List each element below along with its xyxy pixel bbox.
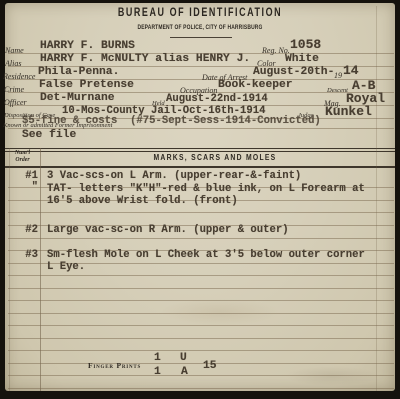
crime-field-label: Crime xyxy=(4,85,24,94)
photographed-identification-card: BUREAU OF IDENTIFICATION DEPARTMENT OF P… xyxy=(0,0,400,399)
officer-field-value: Det-Murnane xyxy=(40,92,115,104)
held-field-value: August-22nd-1914 xyxy=(166,93,268,105)
judge-field-value: Kunkel xyxy=(325,104,372,119)
mark-row-number: #3 xyxy=(22,249,38,261)
rule-line xyxy=(8,313,394,314)
fingerprint-numerator-letter: U xyxy=(180,352,187,364)
name-field-value: HARRY F. BURNS xyxy=(40,40,135,52)
fingerprint-denominator-letter: A xyxy=(181,366,188,378)
fingerprint-subclass-value: 15 xyxy=(203,360,217,372)
section-rule-below-title xyxy=(5,166,395,168)
rule-line xyxy=(8,275,394,276)
alias-field-value: HARRY F. McNULTY alias HENRY J. xyxy=(40,53,250,65)
date-of-arrest-field-value: August-20th- xyxy=(253,66,334,78)
residence-field-value: Phila-Penna. xyxy=(38,66,119,78)
rule-line xyxy=(8,338,394,339)
name-field-label: Name xyxy=(5,46,24,55)
fingerprint-denominator-digit: 1 xyxy=(154,366,161,378)
year-printed-prefix: 19 xyxy=(334,71,342,80)
department-subtitle: DEPARTMENT OF POLICE, CITY OF HARRISBURG xyxy=(48,24,352,31)
rule-line xyxy=(8,388,394,389)
mark-row-text: Large vac-sc-on R Arm. (upper & outer) xyxy=(47,224,289,236)
mark-row-text: L Eye. xyxy=(47,261,85,273)
color-field-value: White xyxy=(285,53,319,65)
right-margin-line xyxy=(376,6,377,391)
marks-section-title: MARKS, SCARS AND MOLES xyxy=(66,153,364,162)
header-divider-line xyxy=(170,37,232,38)
numl-order-column-header: Num'l Order xyxy=(5,150,40,163)
former-imprisonment-field-value: See file xyxy=(22,129,76,141)
mark-row-text: Sm-flesh Mole on L Cheek at 3'5 below ou… xyxy=(47,249,365,261)
crime-field-value: False Pretense xyxy=(39,79,134,91)
rule-line xyxy=(8,238,394,239)
officer-field-label: Officer xyxy=(4,98,27,107)
mark-row-ditto: " xyxy=(22,181,38,193)
mark-row-text: 3 Vac-scs-on L Arm. (upper-rear-&-faint) xyxy=(47,170,301,182)
rule-line xyxy=(8,363,394,364)
rule-line xyxy=(8,300,394,301)
rule-line xyxy=(8,288,394,289)
left-margin-line xyxy=(9,148,10,391)
mark-row-text: TAT- letters "K"H"-red & blue ink, on L … xyxy=(47,183,365,195)
rule-line xyxy=(8,350,394,351)
fingerprint-numerator-digit: 1 xyxy=(154,352,161,364)
rule-line xyxy=(8,212,394,213)
mark-row-number: #2 xyxy=(22,224,38,236)
residence-field-label: Residence xyxy=(3,72,35,81)
year-typed-value: 14 xyxy=(343,63,359,78)
reg-no-field-value: 1058 xyxy=(290,37,321,52)
numl-column-separator-line xyxy=(40,148,41,391)
bureau-title: BUREAU OF IDENTIFICATION xyxy=(44,7,356,19)
occupation-field-value: Book-keeper xyxy=(218,79,293,91)
rule-line xyxy=(8,375,394,376)
alias-field-label: Alias xyxy=(5,59,21,68)
section-double-rule-top xyxy=(5,148,395,150)
numl-order-line2: Order xyxy=(5,157,40,164)
finger-prints-label: Finger Prints xyxy=(88,361,141,370)
rule-line xyxy=(8,325,394,326)
descent-field-label: Descent xyxy=(327,87,348,94)
mark-row-text: 16'5 above Wrist fold. (front) xyxy=(47,195,238,207)
former-imprisonment-field-label: Known or admitted Former Imprisonment xyxy=(3,122,112,129)
